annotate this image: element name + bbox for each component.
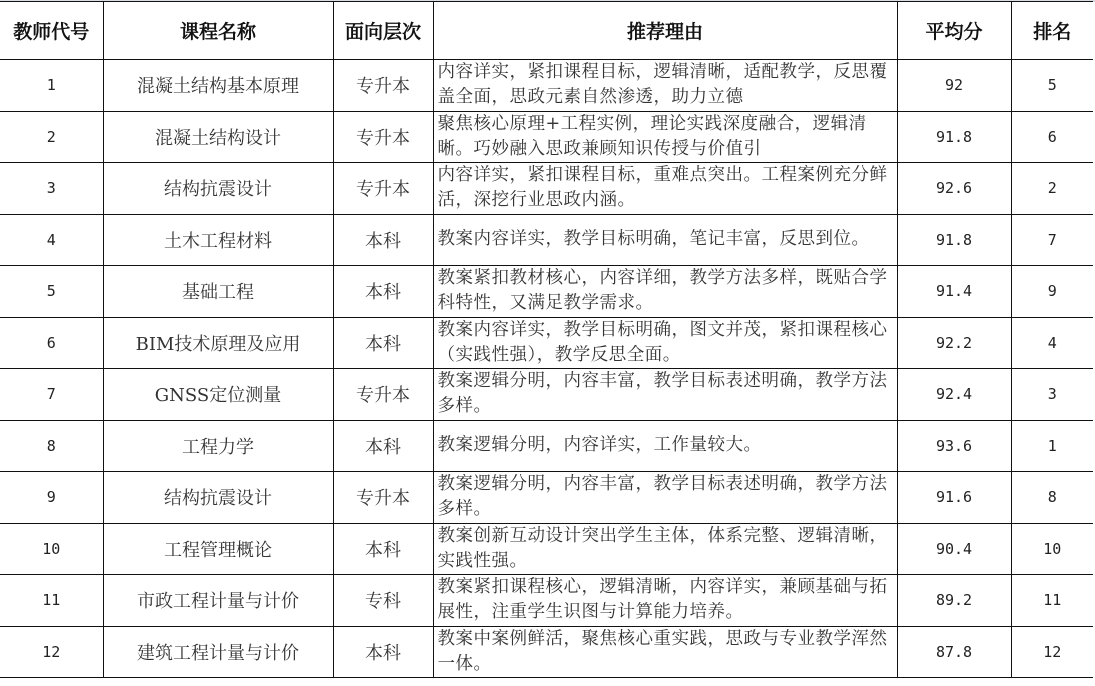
header-reason: 推荐理由 xyxy=(433,2,897,60)
table-row: 9结构抗震设计专升本教案逻辑分明，内容丰富，教学目标表述明确，教学方法多样。91… xyxy=(0,472,1093,524)
course-name-cell: 混凝土结构设计 xyxy=(103,111,333,163)
teacher-id-cell: 3 xyxy=(0,163,103,215)
teacher-id-cell: 6 xyxy=(0,317,103,369)
header-avg-score: 平均分 xyxy=(897,2,1011,60)
course-name-cell: BIM技术原理及应用 xyxy=(103,317,333,369)
level-cell: 本科 xyxy=(333,266,433,318)
header-rank: 排名 xyxy=(1011,2,1093,60)
teacher-id-cell: 5 xyxy=(0,266,103,318)
avg-score-cell: 91.8 xyxy=(897,214,1011,266)
header-level: 面向层次 xyxy=(333,2,433,60)
course-name-cell: GNSS定位测量 xyxy=(103,369,333,421)
reason-cell: 教案内容详实，教学目标明确，图文并茂，紧扣课程核心（实践性强），教学反思全面。 xyxy=(433,317,897,369)
course-name-cell: 市政工程计量与计价 xyxy=(103,575,333,627)
reason-cell: 教案创新互动设计突出学生主体，体系完整、逻辑清晰，实践性强。 xyxy=(433,523,897,575)
course-name-cell: 土木工程材料 xyxy=(103,214,333,266)
reason-cell: 聚焦核心原理+工程实例，理论实践深度融合，逻辑清晰。巧妙融入思政兼顾知识传授与价… xyxy=(433,111,897,163)
table-row: 7GNSS定位测量专升本教案逻辑分明，内容丰富，教学目标表述明确，教学方法多样。… xyxy=(0,369,1093,421)
rank-cell: 9 xyxy=(1011,266,1093,318)
reason-cell: 教案逻辑分明，内容丰富，教学目标表述明确，教学方法多样。 xyxy=(433,369,897,421)
reason-cell: 教案内容详实，教学目标明确，笔记丰富，反思到位。 xyxy=(433,214,897,266)
table-row: 5基础工程本科教案紧扣教材核心，内容详细，教学方法多样，既贴合学科特性，又满足教… xyxy=(0,266,1093,318)
table-row: 3结构抗震设计专升本内容详实，紧扣课程目标，重难点突出。工程案例充分鲜活，深挖行… xyxy=(0,163,1093,215)
header-row: 教师代号 课程名称 面向层次 推荐理由 平均分 排名 xyxy=(0,2,1093,60)
rank-cell: 6 xyxy=(1011,111,1093,163)
reason-cell: 教案紧扣课程核心，逻辑清晰，内容详实，兼顾基础与拓展性，注重学生识图与计算能力培… xyxy=(433,575,897,627)
level-cell: 本科 xyxy=(333,420,433,472)
level-cell: 专升本 xyxy=(333,369,433,421)
reason-cell: 教案逻辑分明，内容详实，工作量较大。 xyxy=(433,420,897,472)
reason-cell: 教案中案例鲜活，聚焦核心重实践，思政与专业教学浑然一体。 xyxy=(433,626,897,678)
table-row: 4土木工程材料本科教案内容详实，教学目标明确，笔记丰富，反思到位。91.87 xyxy=(0,214,1093,266)
level-cell: 专升本 xyxy=(333,472,433,524)
teacher-id-cell: 10 xyxy=(0,523,103,575)
table-row: 12建筑工程计量与计价本科教案中案例鲜活，聚焦核心重实践，思政与专业教学浑然一体… xyxy=(0,626,1093,678)
table-row: 11市政工程计量与计价专科教案紧扣课程核心，逻辑清晰，内容详实，兼顾基础与拓展性… xyxy=(0,575,1093,627)
rank-cell: 11 xyxy=(1011,575,1093,627)
rank-cell: 10 xyxy=(1011,523,1093,575)
course-name-cell: 工程管理概论 xyxy=(103,523,333,575)
rank-cell: 8 xyxy=(1011,472,1093,524)
avg-score-cell: 87.8 xyxy=(897,626,1011,678)
recommendation-table: 教师代号 课程名称 面向层次 推荐理由 平均分 排名 1混凝土结构基本原理专升本… xyxy=(0,1,1093,678)
table-row: 6BIM技术原理及应用本科教案内容详实，教学目标明确，图文并茂，紧扣课程核心（实… xyxy=(0,317,1093,369)
table-row: 8工程力学本科教案逻辑分明，内容详实，工作量较大。93.61 xyxy=(0,420,1093,472)
course-name-cell: 结构抗震设计 xyxy=(103,472,333,524)
course-name-cell: 混凝土结构基本原理 xyxy=(103,60,333,112)
avg-score-cell: 91.6 xyxy=(897,472,1011,524)
avg-score-cell: 91.4 xyxy=(897,266,1011,318)
teacher-id-cell: 2 xyxy=(0,111,103,163)
teacher-id-cell: 11 xyxy=(0,575,103,627)
course-name-cell: 基础工程 xyxy=(103,266,333,318)
rank-cell: 7 xyxy=(1011,214,1093,266)
rank-cell: 5 xyxy=(1011,60,1093,112)
teacher-id-cell: 1 xyxy=(0,60,103,112)
level-cell: 本科 xyxy=(333,214,433,266)
level-cell: 本科 xyxy=(333,317,433,369)
level-cell: 本科 xyxy=(333,523,433,575)
avg-score-cell: 90.4 xyxy=(897,523,1011,575)
header-course-name: 课程名称 xyxy=(103,2,333,60)
reason-cell: 内容详实，紧扣课程目标，逻辑清晰，适配教学，反思覆盖全面，思政元素自然渗透，助力… xyxy=(433,60,897,112)
teacher-id-cell: 7 xyxy=(0,369,103,421)
reason-cell: 教案紧扣教材核心，内容详细，教学方法多样，既贴合学科特性，又满足教学需求。 xyxy=(433,266,897,318)
avg-score-cell: 92 xyxy=(897,60,1011,112)
course-name-cell: 建筑工程计量与计价 xyxy=(103,626,333,678)
level-cell: 本科 xyxy=(333,626,433,678)
rank-cell: 1 xyxy=(1011,420,1093,472)
teacher-id-cell: 12 xyxy=(0,626,103,678)
teacher-id-cell: 9 xyxy=(0,472,103,524)
table-row: 2混凝土结构设计专升本聚焦核心原理+工程实例，理论实践深度融合，逻辑清晰。巧妙融… xyxy=(0,111,1093,163)
teacher-id-cell: 4 xyxy=(0,214,103,266)
reason-cell: 内容详实，紧扣课程目标，重难点突出。工程案例充分鲜活，深挖行业思政内涵。 xyxy=(433,163,897,215)
avg-score-cell: 89.2 xyxy=(897,575,1011,627)
avg-score-cell: 92.6 xyxy=(897,163,1011,215)
table-row: 10工程管理概论本科教案创新互动设计突出学生主体，体系完整、逻辑清晰，实践性强。… xyxy=(0,523,1093,575)
level-cell: 专升本 xyxy=(333,60,433,112)
avg-score-cell: 92.4 xyxy=(897,369,1011,421)
course-name-cell: 工程力学 xyxy=(103,420,333,472)
header-teacher-id: 教师代号 xyxy=(0,2,103,60)
reason-cell: 教案逻辑分明，内容丰富，教学目标表述明确，教学方法多样。 xyxy=(433,472,897,524)
level-cell: 专升本 xyxy=(333,111,433,163)
avg-score-cell: 91.8 xyxy=(897,111,1011,163)
teacher-id-cell: 8 xyxy=(0,420,103,472)
course-name-cell: 结构抗震设计 xyxy=(103,163,333,215)
level-cell: 专科 xyxy=(333,575,433,627)
rank-cell: 3 xyxy=(1011,369,1093,421)
avg-score-cell: 92.2 xyxy=(897,317,1011,369)
rank-cell: 2 xyxy=(1011,163,1093,215)
level-cell: 专升本 xyxy=(333,163,433,215)
avg-score-cell: 93.6 xyxy=(897,420,1011,472)
rank-cell: 4 xyxy=(1011,317,1093,369)
table-row: 1混凝土结构基本原理专升本内容详实，紧扣课程目标，逻辑清晰，适配教学，反思覆盖全… xyxy=(0,60,1093,112)
rank-cell: 12 xyxy=(1011,626,1093,678)
